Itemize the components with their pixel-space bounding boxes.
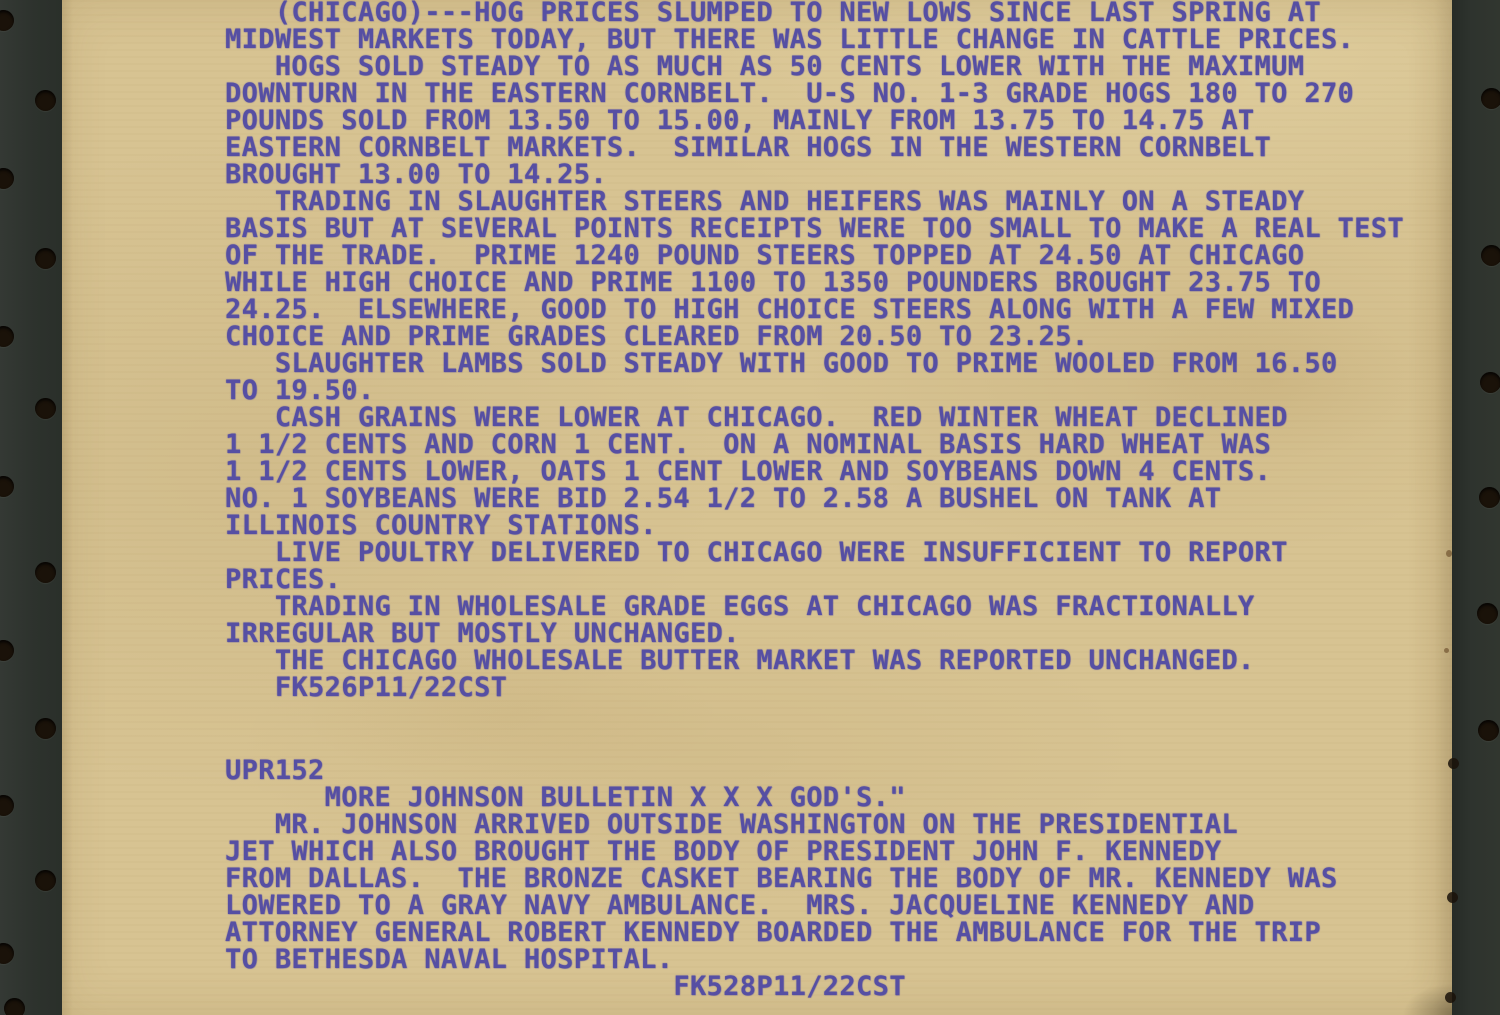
text-line: HOGS SOLD STEADY TO AS MUCH AS 50 CENTS … <box>225 53 1404 80</box>
paper-speck <box>1446 550 1452 557</box>
text-line: 1 1/2 CENTS AND CORN 1 CENT. ON A NOMINA… <box>225 431 1404 458</box>
wire-story-johnson-bulletin: UPR152 MORE JOHNSON BULLETIN X X X GOD'S… <box>225 757 1338 1000</box>
text-line: FROM DALLAS. THE BRONZE CASKET BEARING T… <box>225 865 1338 892</box>
text-line: CASH GRAINS WERE LOWER AT CHICAGO. RED W… <box>225 404 1404 431</box>
text-line: IRREGULAR BUT MOSTLY UNCHANGED. <box>225 620 1404 647</box>
text-line: UPR152 <box>225 757 1338 784</box>
backing-board-left <box>0 0 62 1015</box>
teletype-paper: (CHICAGO)---HOG PRICES SLUMPED TO NEW LO… <box>62 0 1452 1015</box>
text-line: NO. 1 SOYBEANS WERE BID 2.54 1/2 TO 2.58… <box>225 485 1404 512</box>
text-line: THE CHICAGO WHOLESALE BUTTER MARKET WAS … <box>225 647 1404 674</box>
text-line: MR. JOHNSON ARRIVED OUTSIDE WASHINGTON O… <box>225 811 1338 838</box>
text-line: BASIS BUT AT SEVERAL POINTS RECEIPTS WER… <box>225 215 1404 242</box>
text-line: BROUGHT 13.00 TO 14.25. <box>225 161 1404 188</box>
text-line: TO 19.50. <box>225 377 1404 404</box>
backing-board-right <box>1452 0 1500 1015</box>
punch-hole <box>1478 720 1499 741</box>
text-line: TRADING IN SLAUGHTER STEERS AND HEIFERS … <box>225 188 1404 215</box>
scanned-document: (CHICAGO)---HOG PRICES SLUMPED TO NEW LO… <box>0 0 1500 1015</box>
text-line: OF THE TRADE. PRIME 1240 POUND STEERS TO… <box>225 242 1404 269</box>
text-line: TRADING IN WHOLESALE GRADE EGGS AT CHICA… <box>225 593 1404 620</box>
punch-hole <box>1477 603 1498 624</box>
text-line: POUNDS SOLD FROM 13.50 TO 15.00, MAINLY … <box>225 107 1404 134</box>
punch-hole <box>35 562 56 583</box>
punch-hole <box>35 718 56 739</box>
punch-hole <box>1480 372 1500 393</box>
text-line: CHOICE AND PRIME GRADES CLEARED FROM 20.… <box>225 323 1404 350</box>
wire-story-market-report: (CHICAGO)---HOG PRICES SLUMPED TO NEW LO… <box>225 0 1404 701</box>
text-line: (CHICAGO)---HOG PRICES SLUMPED TO NEW LO… <box>225 0 1404 26</box>
text-line: PRICES. <box>225 566 1404 593</box>
text-line: DOWNTURN IN THE EASTERN CORNBELT. U-S NO… <box>225 80 1404 107</box>
text-line: FK528P11/22CST <box>225 973 1338 1000</box>
text-line: ILLINOIS COUNTRY STATIONS. <box>225 512 1404 539</box>
text-line: WHILE HIGH CHOICE AND PRIME 1100 TO 1350… <box>225 269 1404 296</box>
text-line: MIDWEST MARKETS TODAY, BUT THERE WAS LIT… <box>225 26 1404 53</box>
paper-edge-hole <box>1447 892 1458 903</box>
paper-edge-hole <box>1448 758 1459 769</box>
punch-hole <box>35 248 56 269</box>
text-line: SLAUGHTER LAMBS SOLD STEADY WITH GOOD TO… <box>225 350 1404 377</box>
punch-hole <box>35 90 56 111</box>
text-line: LIVE POULTRY DELIVERED TO CHICAGO WERE I… <box>225 539 1404 566</box>
paper-speck <box>1444 648 1449 653</box>
punch-hole <box>4 998 25 1015</box>
text-line: 24.25. ELSEWHERE, GOOD TO HIGH CHOICE ST… <box>225 296 1404 323</box>
punch-hole <box>1479 487 1500 508</box>
text-line: 1 1/2 CENTS LOWER, OATS 1 CENT LOWER AND… <box>225 458 1404 485</box>
text-line: FK526P11/22CST <box>225 674 1404 701</box>
paper-edge-hole <box>1445 992 1456 1003</box>
punch-hole <box>35 398 56 419</box>
text-line: ATTORNEY GENERAL ROBERT KENNEDY BOARDED … <box>225 919 1338 946</box>
punch-hole <box>35 870 56 891</box>
text-line: LOWERED TO A GRAY NAVY AMBULANCE. MRS. J… <box>225 892 1338 919</box>
text-line: MORE JOHNSON BULLETIN X X X GOD'S." <box>225 784 1338 811</box>
punch-hole <box>1481 88 1500 109</box>
punch-hole <box>1481 245 1500 266</box>
text-line: TO BETHESDA NAVAL HOSPITAL. <box>225 946 1338 973</box>
text-line: JET WHICH ALSO BROUGHT THE BODY OF PRESI… <box>225 838 1338 865</box>
text-line: EASTERN CORNBELT MARKETS. SIMILAR HOGS I… <box>225 134 1404 161</box>
